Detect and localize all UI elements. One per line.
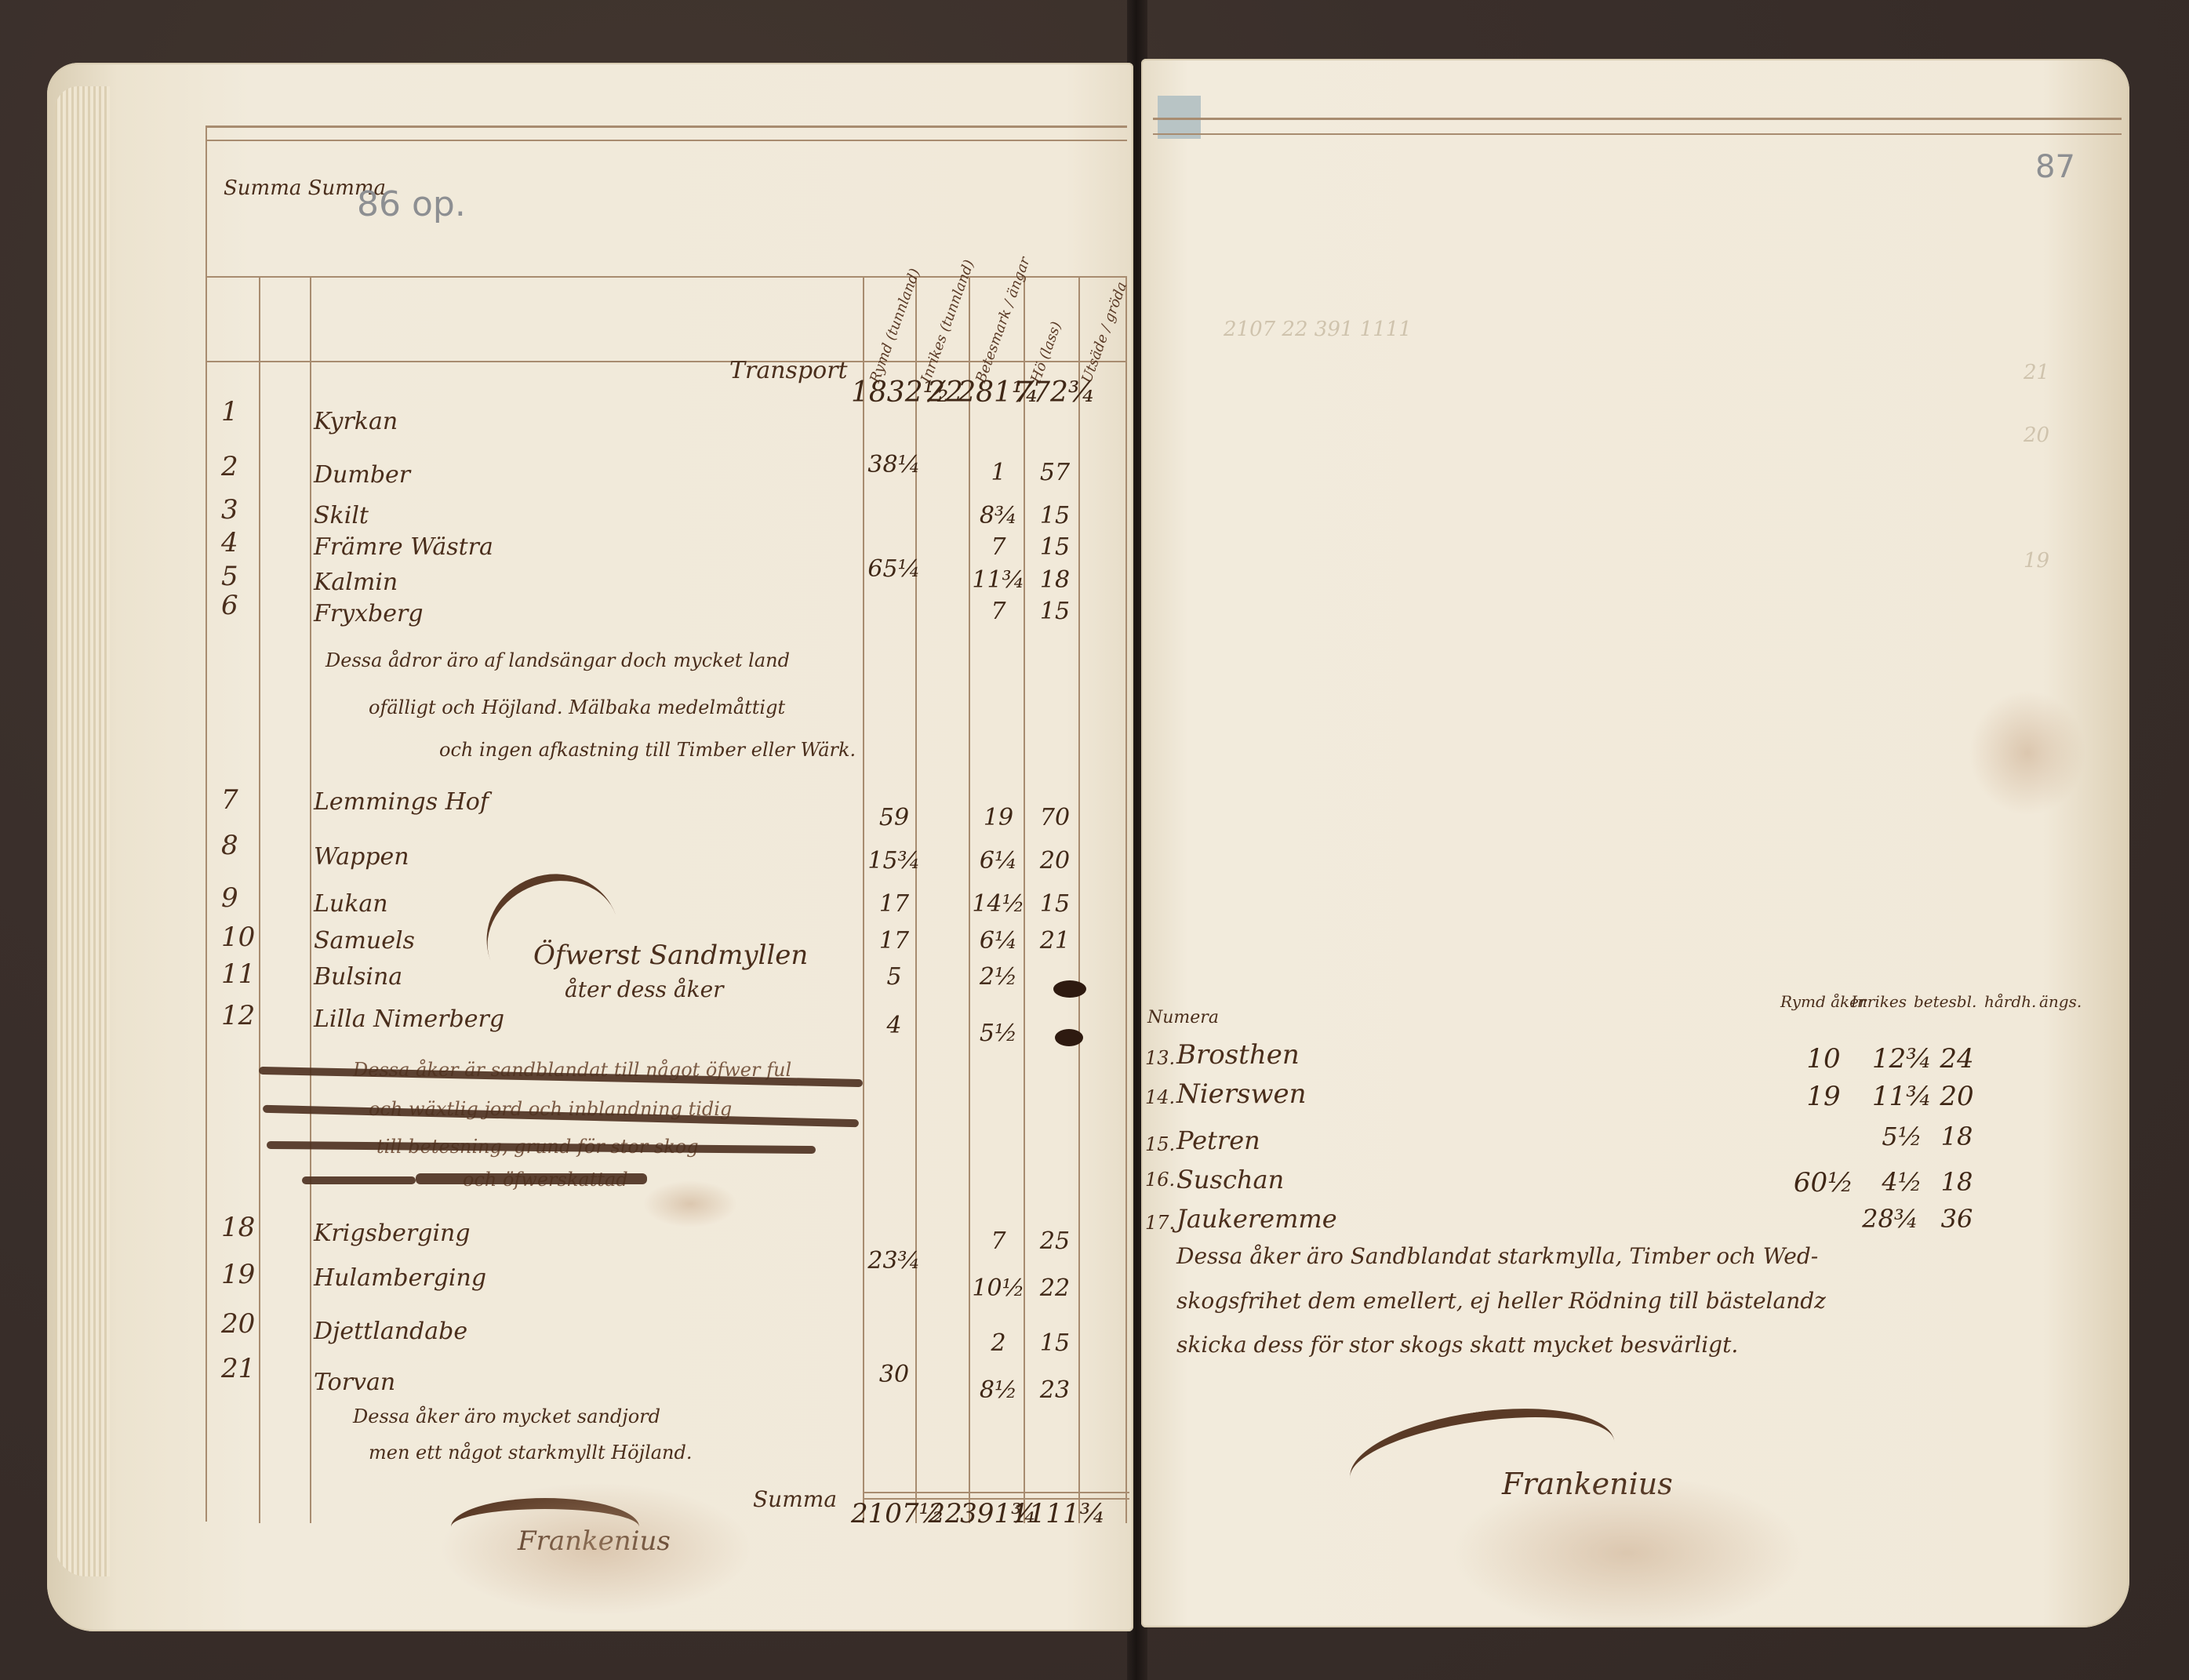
row-value-col4: 25 (1012, 1227, 1098, 1255)
numera-label: Numera (1147, 1008, 1219, 1027)
row-name: Lukan (314, 890, 388, 918)
right-column-header: Inrikes (1851, 992, 1907, 1011)
row-value-col1: 15¾ (851, 847, 937, 875)
row-name: Lilla Nimerberg (314, 1005, 504, 1033)
row-name: Samuels (314, 927, 415, 955)
row-name: Petren (1176, 1125, 1260, 1155)
row-value-col4: 15 (1012, 502, 1098, 529)
col-rule-6 (1125, 276, 1127, 1523)
row-value-col4: 23 (1012, 1376, 1098, 1404)
row-name: Bulsina (314, 963, 402, 991)
row-value-col4: 15 (1012, 598, 1098, 625)
remark-line: och ingen afkastning till Timber eller W… (439, 739, 856, 761)
row-value-col4: 70 (1012, 804, 1098, 831)
bleed-through-text: 19 (2024, 549, 2049, 573)
row-value-col4: 21 (1012, 927, 1098, 955)
water-stain (1969, 690, 2086, 816)
row-number: 13. (1145, 1047, 1175, 1069)
row-name: Skilt (314, 502, 369, 529)
row-name: Fryxberg (314, 600, 424, 627)
bleed-through-text: 21 (2024, 361, 2049, 384)
row-number: 7 (221, 784, 238, 816)
row-number: 5 (221, 561, 238, 592)
row-value-col3: 36 (1914, 1204, 2000, 1234)
row-value-col1: 60½ (1780, 1167, 1867, 1198)
strike-through (302, 1176, 416, 1184)
water-stain (1451, 1475, 1804, 1631)
row-value-col3: 2½ (955, 963, 1042, 991)
bleed-through-text: 20 (2024, 424, 2049, 447)
row-number: 19 (221, 1259, 255, 1290)
row-number: 15. (1145, 1133, 1175, 1155)
remark-line: skogsfrihet dem emellert, ej heller Rödn… (1176, 1288, 1826, 1314)
row-value-col1: 59 (851, 804, 937, 831)
row-name: Torvan (314, 1369, 395, 1396)
page-number: 87 (2035, 149, 2075, 185)
row-name: Wappen (314, 843, 409, 871)
left-header-rule (205, 276, 1127, 278)
row-value-col3: 24 (1914, 1043, 2000, 1075)
row-number: 14. (1145, 1086, 1175, 1108)
row-value-col1: 38¼ (851, 451, 937, 478)
row-value-col1: 17 (851, 927, 937, 955)
ink-blot (1053, 980, 1086, 998)
row-number: 6 (221, 590, 238, 621)
left-top-rule-2 (205, 140, 1127, 141)
row-value-col4: 22 (1012, 1275, 1098, 1302)
row-name: Hulamberging (314, 1264, 486, 1292)
row-name: Kalmin (314, 569, 398, 596)
row-number: 11 (221, 958, 255, 990)
remark-line: Dessa ådror äro af landsängar doch mycke… (325, 649, 790, 671)
row-value-col1: 4 (851, 1012, 937, 1039)
row-name: Krigsberging (314, 1220, 471, 1247)
flourish-note-line: åter dess åker (565, 976, 724, 1002)
summa-rule (863, 1492, 1129, 1493)
row-value-col4: 15 (1012, 1329, 1098, 1357)
remark-line: Dessa åker äro Sandblandat starkmylla, T… (1176, 1243, 1818, 1269)
ink-blot (1055, 1029, 1083, 1046)
row-number: 1 (221, 396, 238, 427)
row-number: 12 (221, 1000, 255, 1031)
summa-label: Summa (753, 1486, 837, 1512)
ink-stain (643, 1180, 737, 1227)
row-name: Jaukeremme (1176, 1204, 1337, 1234)
row-value-col4: 18 (1012, 566, 1098, 594)
row-name: Främre Wästra (314, 533, 493, 561)
bleed-through-text: 2107 22 391 1111 (1224, 318, 1412, 341)
row-value-col4: 20 (1012, 847, 1098, 875)
row-value-col1: 30 (851, 1361, 937, 1388)
strike-through (416, 1173, 647, 1184)
row-number: 21 (221, 1353, 255, 1384)
row-name: Djettlandabe (314, 1318, 467, 1345)
left-number-col-rule (259, 276, 260, 1523)
row-name: Suschan (1176, 1165, 1284, 1195)
row-number: 17. (1145, 1212, 1175, 1234)
right-column-header: ängs. (2039, 992, 2082, 1011)
remark-line: Dessa åker äro mycket sandjord (353, 1405, 660, 1427)
remark-line: men ett något starkmyllt Höjland. (369, 1442, 693, 1464)
remark-line: skicka dess för stor skogs skatt mycket … (1176, 1332, 1738, 1358)
row-value-col3: 20 (1914, 1081, 2000, 1112)
row-number: 4 (221, 527, 238, 558)
row-name: Kyrkan (314, 408, 398, 435)
row-name: Nierswen (1176, 1078, 1307, 1110)
row-value-col3: 18 (1914, 1167, 2000, 1197)
row-value-col4: 15 (1012, 533, 1098, 561)
right-column-header: betesbl. (1914, 992, 1976, 1011)
row-value-col4: 15 (1012, 890, 1098, 918)
right-column-header: hårdh. (1984, 992, 2036, 1011)
flourish-note-line: Öfwerst Sandmyllen (533, 940, 808, 971)
row-value-col1: 10 (1780, 1043, 1867, 1075)
row-value-col1: 5 (851, 963, 937, 991)
remark-line: ofälligt och Höjland. Mälbaka medelmåtti… (369, 696, 785, 718)
row-number: 16. (1145, 1169, 1175, 1191)
water-stain (439, 1482, 753, 1616)
row-value-col1: 23¾ (851, 1247, 937, 1275)
row-value-col1: 19 (1780, 1081, 1867, 1112)
row-name: Lemmings Hof (314, 788, 489, 816)
row-number: 20 (221, 1308, 255, 1340)
pencil-folio-mark: 86 op. (357, 184, 466, 224)
row-name: Brosthen (1176, 1039, 1300, 1071)
right-page (1141, 59, 2129, 1627)
row-value-col4: 57 (1012, 459, 1098, 486)
left-name-col-rule (310, 276, 311, 1523)
transport-label: Transport (729, 357, 848, 384)
row-number: 8 (221, 830, 238, 861)
row-number: 9 (221, 882, 238, 914)
page-stack-edge (55, 86, 110, 1576)
row-value-col1: 65¼ (851, 555, 937, 583)
row-name: Dumber (314, 461, 410, 489)
transport-value-4: 772¾ (1012, 376, 1098, 409)
row-number: 3 (221, 494, 238, 525)
right-top-rule-2 (1153, 133, 2122, 135)
left-margin-rule (205, 125, 207, 1522)
row-number: 2 (221, 451, 238, 482)
summa-value-4: 1111¾ (1012, 1498, 1098, 1529)
row-number: 18 (221, 1212, 255, 1243)
row-number: 10 (221, 922, 255, 953)
left-top-rule (205, 125, 1127, 128)
row-value-col3: 5½ (955, 1020, 1042, 1047)
right-top-rule (1153, 118, 2122, 120)
row-value-col1: 17 (851, 890, 937, 918)
row-value-col3: 18 (1914, 1122, 2000, 1151)
